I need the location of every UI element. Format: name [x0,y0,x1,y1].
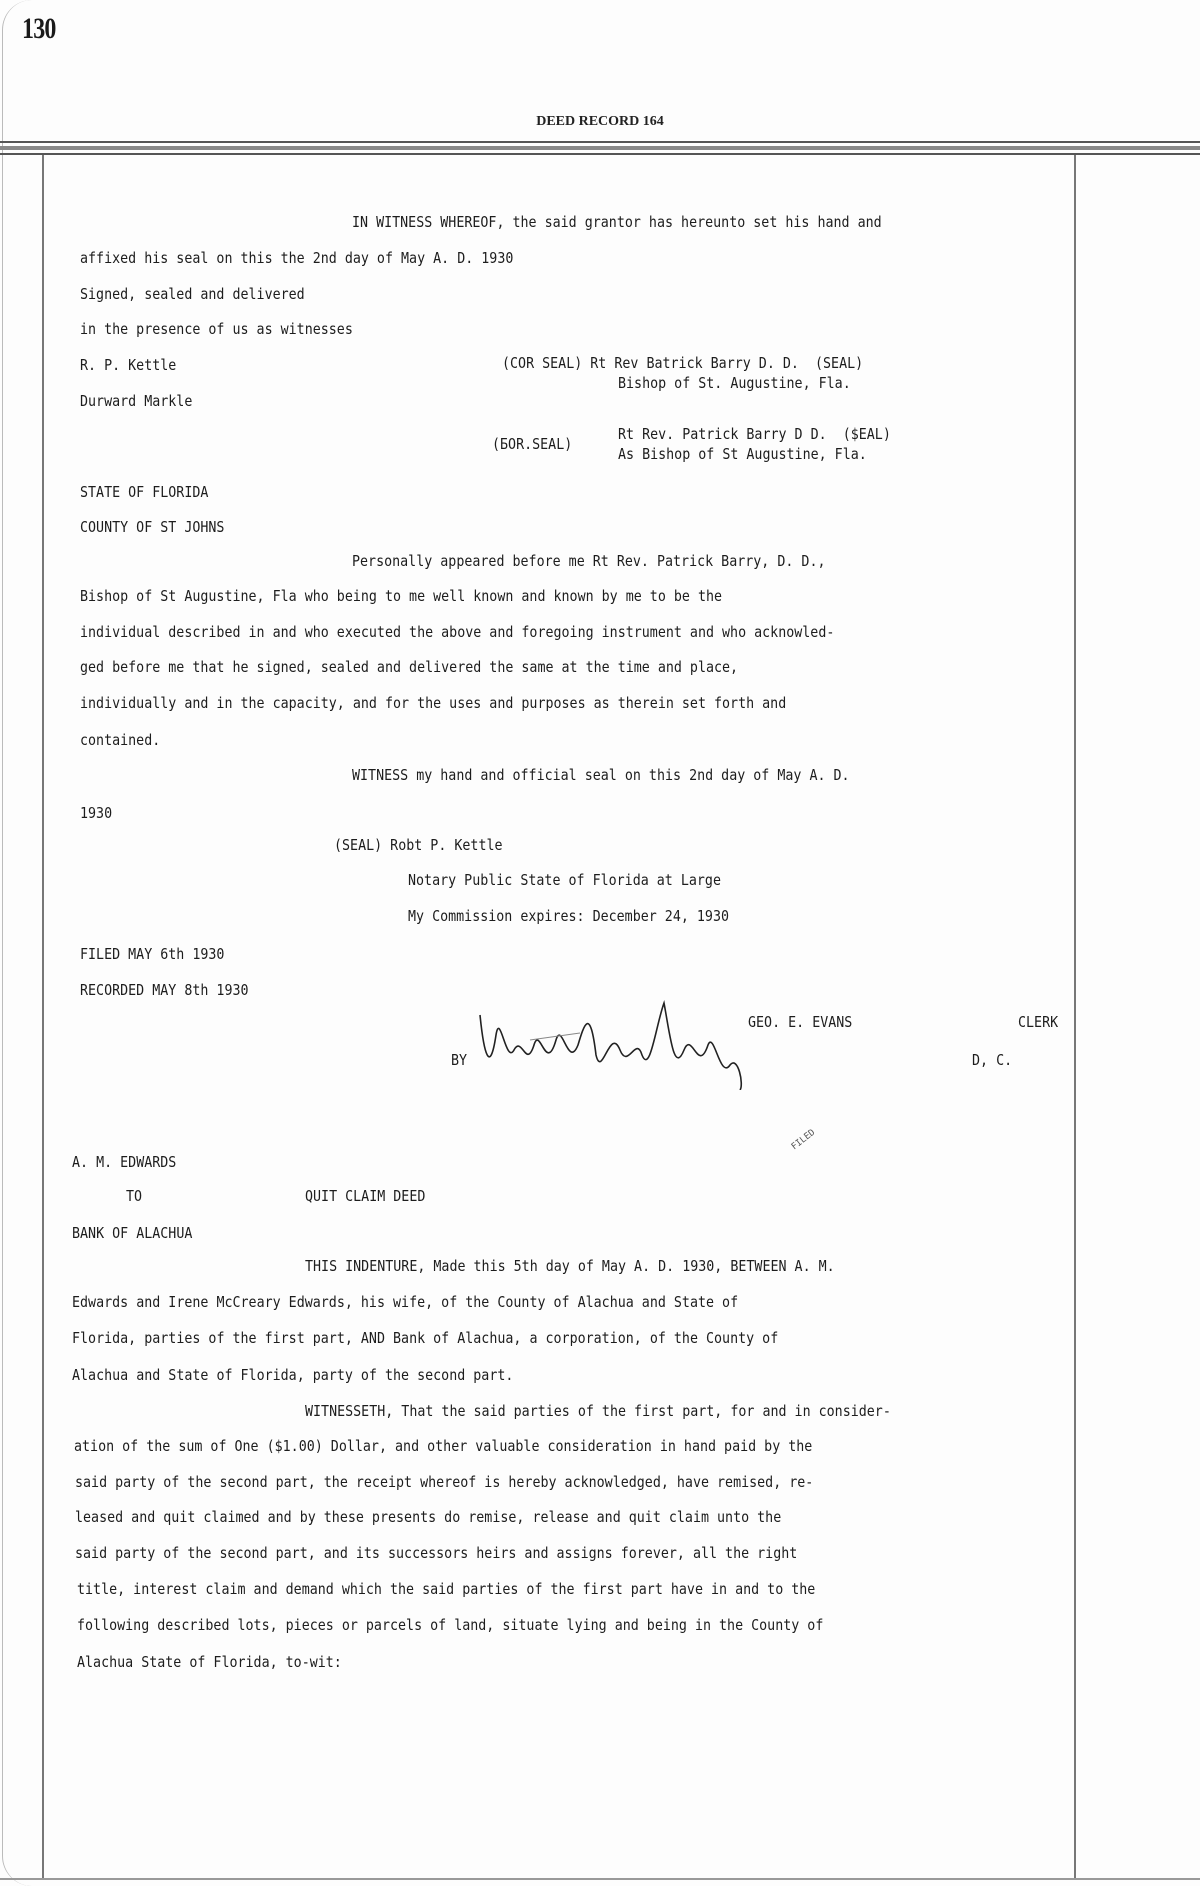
text-line: said party of the second part, and its s… [75,1544,797,1562]
header-rule-bottom [0,153,1200,155]
bottom-rule [0,1878,1200,1880]
text-line: Personally appeared before me Rt Rev. Pa… [352,552,825,570]
text-line: R. P. Kettle [80,356,176,374]
text-line: affixed his seal on this the 2nd day of … [80,249,513,267]
text-line: Durward Markle [80,392,192,410]
text-line: individually and in the capacity, and fo… [80,694,786,712]
text-line: Alachua and State of Florida, party of t… [72,1366,513,1384]
deed-record-page: 130 DEED RECORD 164 IN WITNESS WHEREOF, … [0,0,1200,1886]
text-line: My Commission expires: December 24, 1930 [408,907,729,925]
text-line: A. M. EDWARDS [72,1153,176,1171]
text-line: (COR SEAL) Rt Rev Batrick Barry D. D. (S… [502,354,863,372]
text-line: title, interest claim and demand which t… [77,1580,815,1598]
text-line: Notary Public State of Florida at Large [408,871,721,889]
right-margin-line [1074,155,1076,1880]
text-line: RECORDED MAY 8th 1930 [80,981,249,999]
text-line: BY [451,1051,467,1069]
text-line: ation of the sum of One ($1.00) Dollar, … [74,1437,812,1455]
text-line: Signed, sealed and delivered [80,285,305,303]
text-line: D, C. [972,1051,1012,1069]
header-rule-thick [0,146,1200,150]
text-line: Bishop of St. Augustine, Fla. [618,374,851,392]
text-line: IN WITNESS WHEREOF, the said grantor has… [352,213,882,231]
text-line: STATE OF FLORIDA [80,483,208,501]
text-line: As Bishop of St Augustine, Fla. [618,445,867,463]
text-line: (SEAL) Robt P. Kettle [334,836,503,854]
text-line: said party of the second part, the recei… [75,1473,813,1491]
text-line: Edwards and Irene McCreary Edwards, his … [72,1293,738,1311]
text-line: ged before me that he signed, sealed and… [80,658,738,676]
page-number: 130 [22,12,56,46]
text-line: CLERK [1018,1013,1058,1031]
text-line: COUNTY OF ST JOHNS [80,518,224,536]
text-line: WITNESS my hand and official seal on thi… [352,766,850,784]
text-line: Bishop of St Augustine, Fla who being to… [80,587,722,605]
text-line: in the presence of us as witnesses [80,320,353,338]
text-line: individual described in and who executed… [80,623,834,641]
page-curl-edge [2,0,43,1886]
text-line: (БOR.SEAL) [492,435,572,453]
text-line: TO [126,1187,142,1205]
text-line: FILED MAY 6th 1930 [80,945,224,963]
text-line: 1930 [80,804,112,822]
record-header: DEED RECORD 164 [0,114,1200,130]
text-line: GEO. E. EVANS [748,1013,852,1031]
text-line: Rt Rev. Patrick Barry D D. ($EAL) [618,425,891,443]
text-line: Florida, parties of the first part, AND … [72,1329,778,1347]
received-stamp: FILED [790,1128,818,1153]
text-line: Alachua State of Florida, to-wit: [77,1653,342,1671]
text-line: leased and quit claimed and by these pre… [75,1508,781,1526]
text-line: QUIT CLAIM DEED [305,1187,425,1205]
text-line: THIS INDENTURE, Made this 5th day of May… [305,1257,835,1275]
header-rule-top [0,141,1200,143]
text-line: BANK OF ALACHUA [72,1224,192,1242]
left-margin-line [42,155,44,1880]
text-line: contained. [80,731,160,749]
text-line: WITNESSETH, That the said parties of the… [305,1402,891,1420]
text-line: following described lots, pieces or parc… [77,1616,823,1634]
handwritten-signature [470,995,760,1090]
